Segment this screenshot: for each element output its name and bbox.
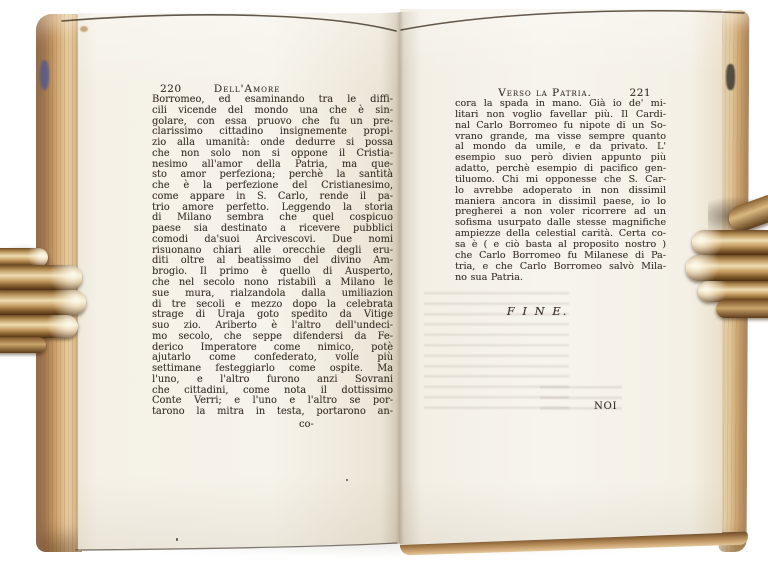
hand-thumb	[0, 337, 46, 353]
book-photograph: 220 Dell'Amore Borromeo, ed esaminando t…	[0, 0, 768, 576]
page-edge-outline	[0, 0, 768, 576]
hand-finger	[692, 230, 768, 255]
hand-finger	[0, 265, 82, 290]
hand-finger	[0, 315, 78, 338]
brass-hand-right	[688, 214, 768, 318]
hand-palm	[716, 300, 768, 318]
brass-hand-left	[0, 248, 96, 348]
hand-finger	[0, 290, 86, 315]
hand-finger	[698, 281, 768, 302]
hand-finger	[686, 255, 768, 281]
